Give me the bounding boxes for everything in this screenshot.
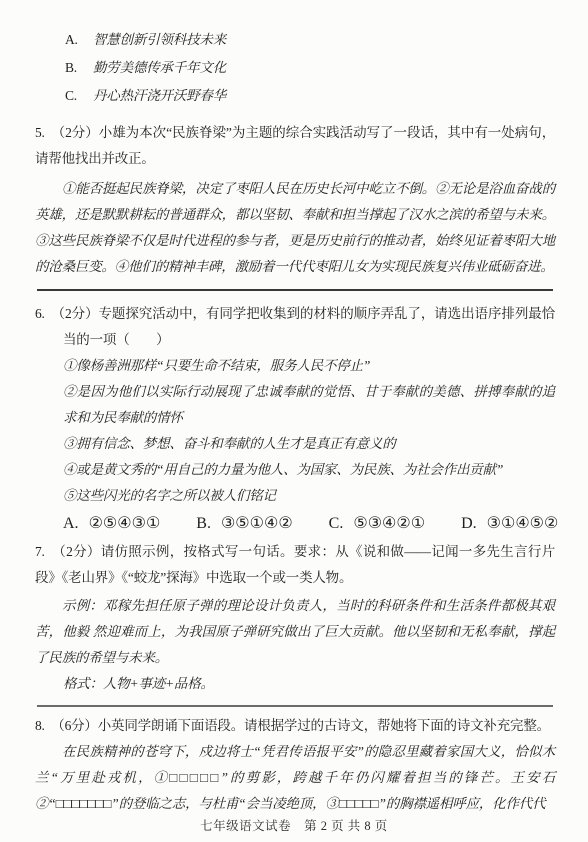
q6-item-4: ④或是黄文秀的“用自己的力量为他人、为国家、为民族、为社会作出贡献” (63, 457, 555, 483)
page-footer: 七年级语文试卷 第 2 页 共 8 页 (0, 816, 588, 834)
option-line-c: C.丹心热汗浇开沃野春华 (35, 82, 555, 110)
option-text-b: 勤劳美德传承千年文化 (93, 60, 226, 75)
q6-choice-a-value: ②⑤④③① (89, 515, 161, 532)
q6-choices-row: A.②⑤④③① B.③⑤①④② C.⑤③④②① D.③①④⑤② (63, 511, 555, 537)
section-divider-2 (37, 705, 553, 707)
q8-passage: 在民族精神的苍穹下，戍边将士“凭君传语报平安”的隐忍里藏着家国大义，恰似木兰“万… (35, 739, 555, 817)
q6-choice-c-letter: C. (329, 515, 344, 532)
q6-choice-a: A.②⑤④③① (63, 511, 160, 537)
q5-stem: 5. （2分）小雄为本次“民族脊梁”为主题的综合实践活动写了一段话，其中有一处病… (35, 120, 555, 172)
q7-format-line: 格式：人物+事迹+品格。 (63, 671, 555, 697)
option-letter-a: A. (65, 26, 93, 54)
q7-example: 示例：邓稼先担任原子弹的理论设计负责人，当时的科研条件和生活条件都极其艰苦，他毅… (35, 593, 555, 671)
section-divider-1 (37, 289, 553, 291)
q6-choice-b: B.③⑤①④② (196, 511, 292, 537)
q6-item-2: ②是因为他们以实际行动展现了忠诚奉献的觉悟、甘于奉献的美德、拼搏奉献的追求和为民… (63, 379, 555, 431)
q6-choice-d: D.③①④⑤② (461, 511, 558, 537)
q6-choice-d-letter: D. (461, 515, 477, 532)
q6-choice-b-letter: B. (196, 515, 211, 532)
q6-choice-b-value: ③⑤①④② (221, 515, 293, 532)
q5-passage: ①能否挺起民族脊梁，决定了枣阳人民在历史长河中屹立不倒。②无论是浴血奋战的英雄，… (35, 176, 555, 280)
exam-page: A.智慧创新引领科技未来 B.勤劳美德传承千年文化 C.丹心热汗浇开沃野春华 5… (0, 0, 588, 842)
option-line-a: A.智慧创新引领科技未来 (35, 26, 555, 54)
q6-item-3: ③拥有信念、梦想、奋斗和奉献的人生才是真正有意义的 (63, 431, 555, 457)
q6-stem: 6. （2分）专题探究活动中，有同学把收集到的材料的顺序弄乱了，请选出语序排列最… (35, 301, 555, 353)
option-text-c: 丹心热汗浇开沃野春华 (93, 88, 226, 103)
q6-choice-d-value: ③①④⑤② (487, 515, 559, 532)
q6-item-1: ①像杨善洲那样“只要生命不结束，服务人民不停止” (63, 353, 555, 379)
q7-stem: 7. （2分）请仿照示例，按格式写一句话。要求：从《说和做——记闻一多先生言行片… (35, 539, 555, 591)
q8-stem: 8. （6分）小英同学朗诵下面语段。请根据学过的古诗文，帮她将下面的诗文补充完整… (35, 713, 555, 739)
option-letter-c: C. (65, 82, 93, 110)
option-text-a: 智慧创新引领科技未来 (93, 32, 226, 47)
q6-choice-c-value: ⑤③④②① (353, 515, 425, 532)
q6-choice-a-letter: A. (63, 515, 79, 532)
option-line-b: B.勤劳美德传承千年文化 (35, 54, 555, 82)
option-letter-b: B. (65, 54, 93, 82)
q6-item-5: ⑤这些闪光的名字之所以被人们铭记 (63, 483, 555, 509)
q6-choice-c: C.⑤③④②① (329, 511, 425, 537)
